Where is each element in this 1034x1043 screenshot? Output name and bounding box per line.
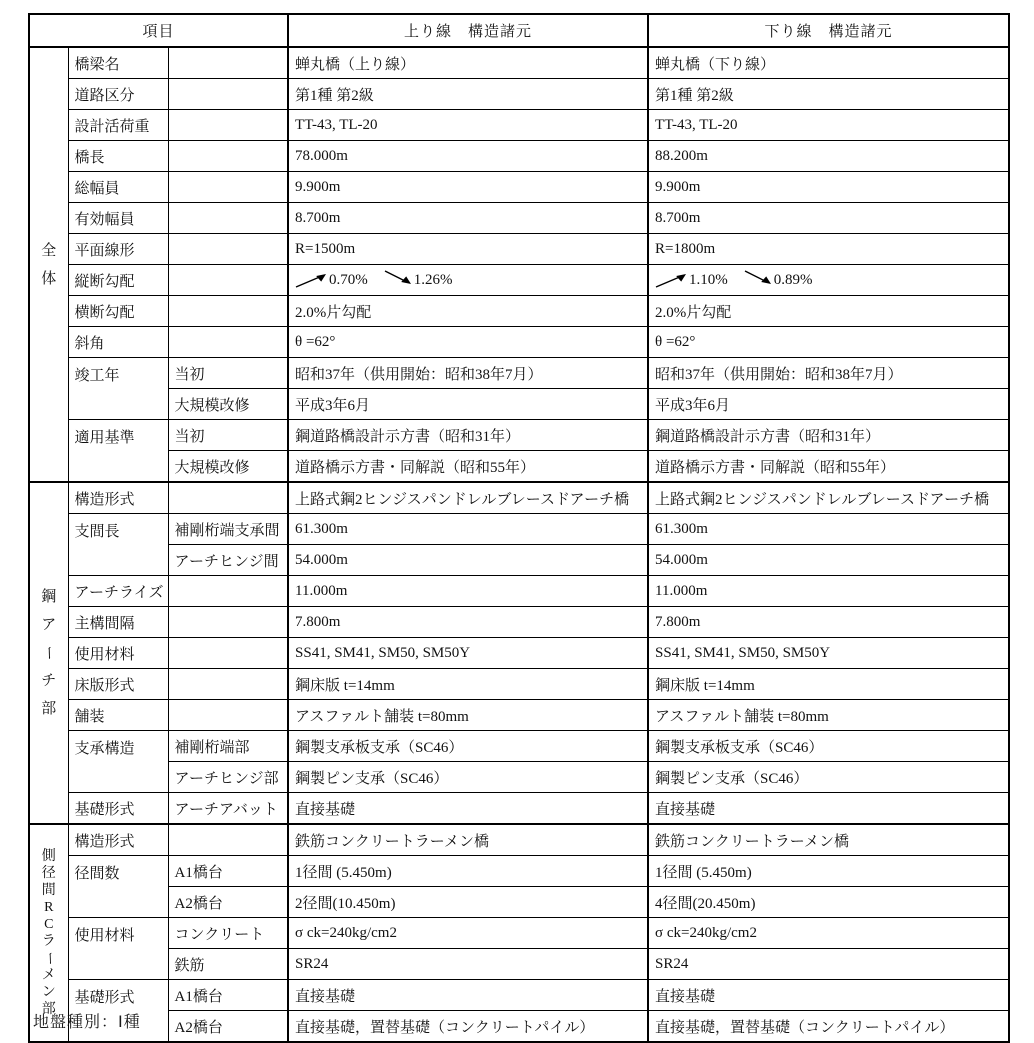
sub-item-cell: A2橋台 [168, 887, 288, 918]
group-char: 側 [42, 848, 56, 865]
item-label-cell: 構造形式 [68, 824, 168, 856]
group-char: メ [42, 967, 56, 984]
sub-item-cell [168, 482, 288, 514]
fall-grade-value: 1.26% [414, 272, 453, 289]
header-item-column: 項目 [29, 14, 288, 47]
up-line-value-cell: 鋼床版 t=14mm [288, 669, 648, 700]
table-row: 竣工年当初昭和37年（供用開始：昭和38年7月）昭和37年（供用開始：昭和38年… [29, 358, 1009, 389]
item-label-cell: 構造形式 [68, 482, 168, 514]
group-char: 径 [42, 865, 56, 882]
down-line-value-cell: 鋼製ピン支承（SC46） [648, 762, 1009, 793]
table-row: アーチライズ11.000m11.000m [29, 576, 1009, 607]
grade-diagram: 0.70%1.26% [295, 269, 645, 291]
up-line-value-cell: 0.70%1.26% [288, 265, 648, 296]
item-label-cell: 竣工年 [68, 358, 168, 420]
section-2: 側径間RCラーメン部構造形式鉄筋コンクリートラーメン橋鉄筋コンクリートラーメン橋… [29, 824, 1009, 1042]
table-row: A2橋台直接基礎，置替基礎（コンクリートパイル）直接基礎，置替基礎（コンクリート… [29, 1011, 1009, 1043]
table-row: 支間長補剛桁端支承間61.300m61.300m [29, 514, 1009, 545]
down-line-value-cell: 9.900m [648, 172, 1009, 203]
up-line-value-cell: 54.000m [288, 545, 648, 576]
item-label-cell: 道路区分 [68, 79, 168, 110]
sub-item-cell [168, 607, 288, 638]
item-label-cell: 有効幅員 [68, 203, 168, 234]
fall-arrow-icon [744, 269, 772, 286]
grade-diagram: 1.10%0.89% [655, 269, 1006, 291]
up-line-value-cell: 8.700m [288, 203, 648, 234]
item-label-cell: 使用材料 [68, 918, 168, 980]
rise-arrow-icon [295, 272, 327, 289]
up-line-value-cell: 鋼製ピン支承（SC46） [288, 762, 648, 793]
group-char: ア [41, 611, 56, 639]
up-line-value-cell: TT-43, TL-20 [288, 110, 648, 141]
fall-grade-value: 0.89% [774, 272, 813, 289]
table-row: 大規模改修平成3年6月平成3年6月 [29, 389, 1009, 420]
item-label-cell: 斜角 [68, 327, 168, 358]
up-line-value-cell: 直接基礎 [288, 980, 648, 1011]
down-line-value-cell: 鋼道路橋設計示方書（昭和31年） [648, 420, 1009, 451]
up-line-value-cell: 鋼製支承板支承（SC46） [288, 731, 648, 762]
sub-item-cell: 鉄筋 [168, 949, 288, 980]
up-line-value-cell: SR24 [288, 949, 648, 980]
group-char: ー [35, 645, 63, 660]
table-row: 床版形式鋼床版 t=14mm鋼床版 t=14mm [29, 669, 1009, 700]
down-line-value-cell: 4径間(20.450m) [648, 887, 1009, 918]
up-line-value-cell: σ ck=240kg/cm2 [288, 918, 648, 949]
sub-item-cell [168, 141, 288, 172]
table-row: 径間数A1橋台1径間 (5.450m)1径間 (5.450m) [29, 856, 1009, 887]
header-row: 項目 上り線 構造諸元 下り線 構造諸元 [29, 14, 1009, 47]
sub-item-cell [168, 110, 288, 141]
down-line-value-cell: 鉄筋コンクリートラーメン橋 [648, 824, 1009, 856]
table-row: 大規模改修道路橋示方書・同解説（昭和55年）道路橋示方書・同解説（昭和55年） [29, 451, 1009, 483]
vertical-group-text: 側径間RCラーメン部 [30, 848, 68, 1018]
item-label-cell: 縦断勾配 [68, 265, 168, 296]
down-line-value-cell: 直接基礎 [648, 980, 1009, 1011]
up-line-value-cell: 直接基礎，置替基礎（コンクリートパイル） [288, 1011, 648, 1043]
table-row: 道路区分第1種 第2級第1種 第2級 [29, 79, 1009, 110]
table-row: 縦断勾配0.70%1.26%1.10%0.89% [29, 265, 1009, 296]
down-line-value-cell: 直接基礎 [648, 793, 1009, 825]
table-row: 支承構造補剛桁端部鋼製支承板支承（SC46）鋼製支承板支承（SC46） [29, 731, 1009, 762]
sub-item-cell: 当初 [168, 420, 288, 451]
down-line-value-cell: 88.200m [648, 141, 1009, 172]
section-0: 全体橋梁名蝉丸橋（上り線）蝉丸橋（下り線）道路区分第1種 第2級第1種 第2級設… [29, 47, 1009, 482]
sub-item-cell [168, 79, 288, 110]
item-label-cell: 橋梁名 [68, 47, 168, 79]
sub-item-cell [168, 265, 288, 296]
up-line-value-cell: 直接基礎 [288, 793, 648, 825]
group-char: 間 [42, 882, 56, 899]
group-char: 鋼 [41, 583, 56, 611]
item-label-cell: 径間数 [68, 856, 168, 918]
down-line-value-cell: 61.300m [648, 514, 1009, 545]
up-line-value-cell: 上路式鋼2ヒンジスパンドレルブレースドアーチ橋 [288, 482, 648, 514]
sub-item-cell [168, 824, 288, 856]
down-line-value-cell: θ =62° [648, 327, 1009, 358]
down-line-value-cell: 1.10%0.89% [648, 265, 1009, 296]
table-row: A2橋台2径間(10.450m)4径間(20.450m) [29, 887, 1009, 918]
up-line-value-cell: 平成3年6月 [288, 389, 648, 420]
sub-item-cell: アーチヒンジ部 [168, 762, 288, 793]
down-line-value-cell: 鋼製支承板支承（SC46） [648, 731, 1009, 762]
up-line-value-cell: SS41, SM41, SM50, SM50Y [288, 638, 648, 669]
table-row: 鉄筋SR24SR24 [29, 949, 1009, 980]
sub-item-cell [168, 700, 288, 731]
sub-item-cell: 大規模改修 [168, 389, 288, 420]
table-row: 側径間RCラーメン部構造形式鉄筋コンクリートラーメン橋鉄筋コンクリートラーメン橋 [29, 824, 1009, 856]
sub-item-cell: A1橋台 [168, 856, 288, 887]
table-row: 斜角θ =62°θ =62° [29, 327, 1009, 358]
down-line-value-cell: SS41, SM41, SM50, SM50Y [648, 638, 1009, 669]
group-char: チ [41, 667, 56, 695]
sub-item-cell: 当初 [168, 358, 288, 389]
header-down-line-column: 下り線 構造諸元 [648, 14, 1009, 47]
sub-item-cell [168, 47, 288, 79]
sub-item-cell [168, 638, 288, 669]
item-label-cell: 総幅員 [68, 172, 168, 203]
down-line-value-cell: TT-43, TL-20 [648, 110, 1009, 141]
table-row: 橋長78.000m88.200m [29, 141, 1009, 172]
rise-arrow-icon [655, 272, 687, 289]
item-label-cell: 横断勾配 [68, 296, 168, 327]
fall-arrow-icon [384, 269, 412, 286]
sub-item-cell: A1橋台 [168, 980, 288, 1011]
table-row: アーチヒンジ部鋼製ピン支承（SC46）鋼製ピン支承（SC46） [29, 762, 1009, 793]
table-row: 舗装アスファルト舗装 t=80mmアスファルト舗装 t=80mm [29, 700, 1009, 731]
header-up-line-column: 上り線 構造諸元 [288, 14, 648, 47]
table-row: 横断勾配2.0%片勾配2.0%片勾配 [29, 296, 1009, 327]
down-line-value-cell: σ ck=240kg/cm2 [648, 918, 1009, 949]
up-line-value-cell: 第1種 第2級 [288, 79, 648, 110]
up-line-value-cell: 9.900m [288, 172, 648, 203]
down-line-value-cell: 54.000m [648, 545, 1009, 576]
table-row: 平面線形R=1500mR=1800m [29, 234, 1009, 265]
vertical-group-text: 全体 [30, 237, 68, 293]
up-line-value-cell: 1径間 (5.450m) [288, 856, 648, 887]
sub-item-cell: コンクリート [168, 918, 288, 949]
group-char: C [44, 916, 53, 933]
up-line-value-cell: 道路橋示方書・同解説（昭和55年） [288, 451, 648, 483]
down-line-value-cell: 鋼床版 t=14mm [648, 669, 1009, 700]
bridge-spec-table: 項目 上り線 構造諸元 下り線 構造諸元 全体橋梁名蝉丸橋（上り線）蝉丸橋（下り… [28, 13, 1010, 1043]
sub-item-cell [168, 669, 288, 700]
sub-item-cell [168, 203, 288, 234]
group-char: 体 [41, 265, 56, 293]
item-label-cell: 適用基準 [68, 420, 168, 483]
table-row: 使用材料SS41, SM41, SM50, SM50YSS41, SM41, S… [29, 638, 1009, 669]
group-char: 部 [41, 695, 56, 723]
table-row: 基礎形式アーチアバット直接基礎直接基礎 [29, 793, 1009, 825]
down-line-value-cell: 道路橋示方書・同解説（昭和55年） [648, 451, 1009, 483]
sub-item-cell [168, 172, 288, 203]
item-label-cell: アーチライズ [68, 576, 168, 607]
item-label-cell: 舗装 [68, 700, 168, 731]
down-line-value-cell: 直接基礎，置替基礎（コンクリートパイル） [648, 1011, 1009, 1043]
sub-item-cell [168, 576, 288, 607]
sub-item-cell: アーチアバット [168, 793, 288, 825]
down-line-value-cell: 第1種 第2級 [648, 79, 1009, 110]
table-row: 基礎形式A1橋台直接基礎直接基礎 [29, 980, 1009, 1011]
down-line-value-cell: 11.000m [648, 576, 1009, 607]
up-line-value-cell: θ =62° [288, 327, 648, 358]
sub-item-cell [168, 296, 288, 327]
up-line-value-cell: 鋼道路橋設計示方書（昭和31年） [288, 420, 648, 451]
item-label-cell: 橋長 [68, 141, 168, 172]
down-line-value-cell: 上路式鋼2ヒンジスパンドレルブレースドアーチ橋 [648, 482, 1009, 514]
up-line-value-cell: 鉄筋コンクリートラーメン橋 [288, 824, 648, 856]
ground-type-note: 地盤種別：Ⅰ種 [33, 1009, 141, 1032]
item-label-cell: 支間長 [68, 514, 168, 576]
section-group-label: 鋼アーチ部 [29, 482, 68, 824]
vertical-group-text: 鋼アーチ部 [30, 583, 68, 723]
up-line-value-cell: 蝉丸橋（上り線） [288, 47, 648, 79]
item-label-cell: 主構間隔 [68, 607, 168, 638]
table-row: 主構間隔7.800m7.800m [29, 607, 1009, 638]
sub-item-cell: 大規模改修 [168, 451, 288, 483]
section-group-label: 全体 [29, 47, 68, 482]
down-line-value-cell: R=1800m [648, 234, 1009, 265]
down-line-value-cell: 平成3年6月 [648, 389, 1009, 420]
down-line-value-cell: 8.700m [648, 203, 1009, 234]
group-char: ー [40, 952, 57, 966]
item-label-cell: 設計活荷重 [68, 110, 168, 141]
item-label-cell: 基礎形式 [68, 793, 168, 825]
item-label-cell: 使用材料 [68, 638, 168, 669]
down-line-value-cell: 2.0%片勾配 [648, 296, 1009, 327]
rise-grade-value: 1.10% [689, 272, 728, 289]
down-line-value-cell: SR24 [648, 949, 1009, 980]
table-row: 設計活荷重TT-43, TL-20TT-43, TL-20 [29, 110, 1009, 141]
item-label-cell: 床版形式 [68, 669, 168, 700]
table-row: アーチヒンジ間54.000m54.000m [29, 545, 1009, 576]
down-line-value-cell: 蝉丸橋（下り線） [648, 47, 1009, 79]
down-line-value-cell: 7.800m [648, 607, 1009, 638]
up-line-value-cell: 78.000m [288, 141, 648, 172]
table-row: 鋼アーチ部構造形式上路式鋼2ヒンジスパンドレルブレースドアーチ橋上路式鋼2ヒンジ… [29, 482, 1009, 514]
item-label-cell: 支承構造 [68, 731, 168, 793]
up-line-value-cell: 2径間(10.450m) [288, 887, 648, 918]
section-1: 鋼アーチ部構造形式上路式鋼2ヒンジスパンドレルブレースドアーチ橋上路式鋼2ヒンジ… [29, 482, 1009, 824]
up-line-value-cell: アスファルト舗装 t=80mm [288, 700, 648, 731]
up-line-value-cell: 昭和37年（供用開始：昭和38年7月） [288, 358, 648, 389]
table-row: 適用基準当初鋼道路橋設計示方書（昭和31年）鋼道路橋設計示方書（昭和31年） [29, 420, 1009, 451]
item-label-cell: 平面線形 [68, 234, 168, 265]
down-line-value-cell: 昭和37年（供用開始：昭和38年7月） [648, 358, 1009, 389]
rise-grade-value: 0.70% [329, 272, 368, 289]
up-line-value-cell: 61.300m [288, 514, 648, 545]
sub-item-cell: アーチヒンジ間 [168, 545, 288, 576]
up-line-value-cell: 7.800m [288, 607, 648, 638]
table-row: 全体橋梁名蝉丸橋（上り線）蝉丸橋（下り線） [29, 47, 1009, 79]
table-row: 使用材料コンクリートσ ck=240kg/cm2σ ck=240kg/cm2 [29, 918, 1009, 949]
table-row: 有効幅員8.700m8.700m [29, 203, 1009, 234]
sub-item-cell [168, 234, 288, 265]
sub-item-cell: A2橋台 [168, 1011, 288, 1043]
sub-item-cell: 補剛桁端支承間 [168, 514, 288, 545]
sub-item-cell: 補剛桁端部 [168, 731, 288, 762]
sub-item-cell [168, 327, 288, 358]
group-char: ン [42, 984, 56, 1001]
up-line-value-cell: 11.000m [288, 576, 648, 607]
up-line-value-cell: 2.0%片勾配 [288, 296, 648, 327]
table-row: 総幅員9.900m9.900m [29, 172, 1009, 203]
group-char: ラ [42, 933, 56, 950]
down-line-value-cell: アスファルト舗装 t=80mm [648, 700, 1009, 731]
group-char: 全 [41, 237, 56, 265]
group-char: R [44, 899, 53, 916]
up-line-value-cell: R=1500m [288, 234, 648, 265]
down-line-value-cell: 1径間 (5.450m) [648, 856, 1009, 887]
